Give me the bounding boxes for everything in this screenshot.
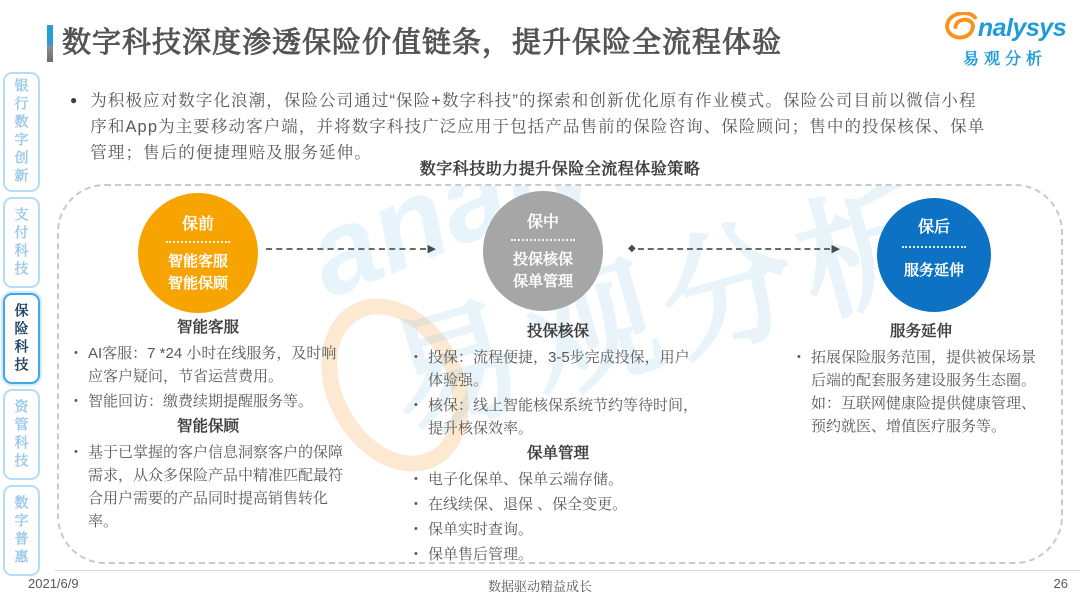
page-title: 数字科技深度渗透保险价值链条，提升保险全流程体验 [62, 20, 782, 61]
bullet-item: 保单实时查询。 [412, 518, 704, 541]
column-section-heading: 智能保顾 [72, 415, 344, 439]
bullet-item: 保单售后管理。 [412, 543, 704, 566]
sidebar-item-asset-mgmt-tech[interactable]: 资管科技 [3, 389, 40, 480]
bullet-item: AI客服：7 *24 小时在线服务，及时响应客户疑问，节省运营费用。 [72, 342, 344, 388]
stage-label: 保中 [527, 209, 559, 232]
bullet-item: 拓展保险服务范围，提供被保场景后端的配套服务建设服务生态圈。如：互联网健康险提供… [795, 346, 1047, 438]
diamond-icon: ◆ [628, 242, 636, 256]
column-section-heading: 智能客服 [72, 316, 344, 340]
stage-divider [902, 246, 966, 248]
bullet-item: 在线续保、退保 、保全变更。 [412, 493, 704, 516]
stage-label: 保前 [182, 211, 214, 234]
sidebar-item-bank-digital[interactable]: 银行数字创新 [3, 72, 40, 192]
column-pre-sale-details: 智能客服 AI客服：7 *24 小时在线服务，及时响应客户疑问，节省运营费用。 … [72, 316, 344, 535]
dashed-line [266, 248, 426, 250]
stage-divider [511, 239, 575, 241]
stage-tag: 投保核保 [513, 249, 573, 271]
column-section-heading: 保单管理 [412, 442, 704, 466]
stage-label: 保后 [918, 214, 950, 237]
bullet-item: 智能回访：缴费续期提醒服务等。 [72, 390, 344, 413]
page-number: 26 [1054, 576, 1068, 591]
bullet-item: 电子化保单、保单云端存储。 [412, 468, 704, 491]
stage-tag: 保单管理 [513, 271, 573, 293]
stage-circle-pre-sale: 保前 智能客服 智能保顾 [138, 193, 258, 313]
sidebar-item-insurance-tech[interactable]: 保险科技 [3, 293, 40, 384]
vertical-tab-sidebar: 银行数字创新 支付科技 保险科技 资管科技 数字普惠 [3, 72, 40, 576]
stage-tag: 服务延伸 [904, 260, 964, 282]
title-accent-bar [47, 25, 53, 62]
intro-text: 为积极应对数字化浪潮，保险公司通过“保险+数字科技”的探索和创新优化原有作业模式… [90, 88, 990, 166]
column-mid-sale-details: 投保核保 投保：流程便捷，3-5步完成投保，用户体验强。 核保：线上智能核保系统… [412, 320, 704, 568]
stage-circle-post-sale: 保后 服务延伸 [877, 198, 991, 312]
logo-cn-name: 易观分析 [963, 46, 1047, 69]
stage-tag: 智能客服 [168, 251, 228, 273]
stage-divider [166, 241, 230, 243]
footer-slogan: 数据驱动精益成长 [0, 576, 1080, 595]
column-section-heading: 投保核保 [412, 320, 704, 344]
footer-divider [55, 570, 1080, 571]
footer: 2021/6/9 数据驱动精益成长 26 [0, 576, 1080, 602]
logo-swirl-icon [944, 12, 978, 45]
flow-arrow-pre-to-mid: ▶ [264, 242, 436, 256]
sidebar-item-payment-tech[interactable]: 支付科技 [3, 197, 40, 288]
bullet-item: 基于已掌握的客户信息洞察客户的保障需求，从众多保险产品中精准匹配最符合用户需要的… [72, 441, 344, 533]
bullet-item: 核保：线上智能核保系统节约等待时间，提升核保效率。 [412, 394, 704, 440]
stage-circle-mid-sale: 保中 投保核保 保单管理 [483, 191, 603, 311]
analysys-logo: nalysys 易观分析 [938, 12, 1072, 69]
bullet-item: 投保：流程便捷，3-5步完成投保，用户体验强。 [412, 346, 704, 392]
arrowhead-right-icon: ▶ [428, 242, 436, 256]
flow-arrow-mid-to-post: ◆ ▶ [628, 242, 840, 256]
column-post-sale-details: 服务延伸 拓展保险服务范围，提供被保场景后端的配套服务建设服务生态圈。如：互联网… [795, 320, 1047, 440]
arrowhead-right-icon: ▶ [832, 242, 840, 256]
diagram-heading: 数字科技助力提升保险全流程体验策略 [57, 156, 1063, 179]
sidebar-item-digital-inclusion[interactable]: 数字普惠 [3, 485, 40, 576]
stage-tag: 智能保顾 [168, 273, 228, 295]
column-section-heading: 服务延伸 [795, 320, 1047, 344]
dashed-line [638, 248, 830, 250]
logo-wordmark: nalysys [978, 14, 1066, 43]
intro-paragraph: ● 为积极应对数字化浪潮，保险公司通过“保险+数字科技”的探索和创新优化原有作业… [70, 88, 990, 166]
